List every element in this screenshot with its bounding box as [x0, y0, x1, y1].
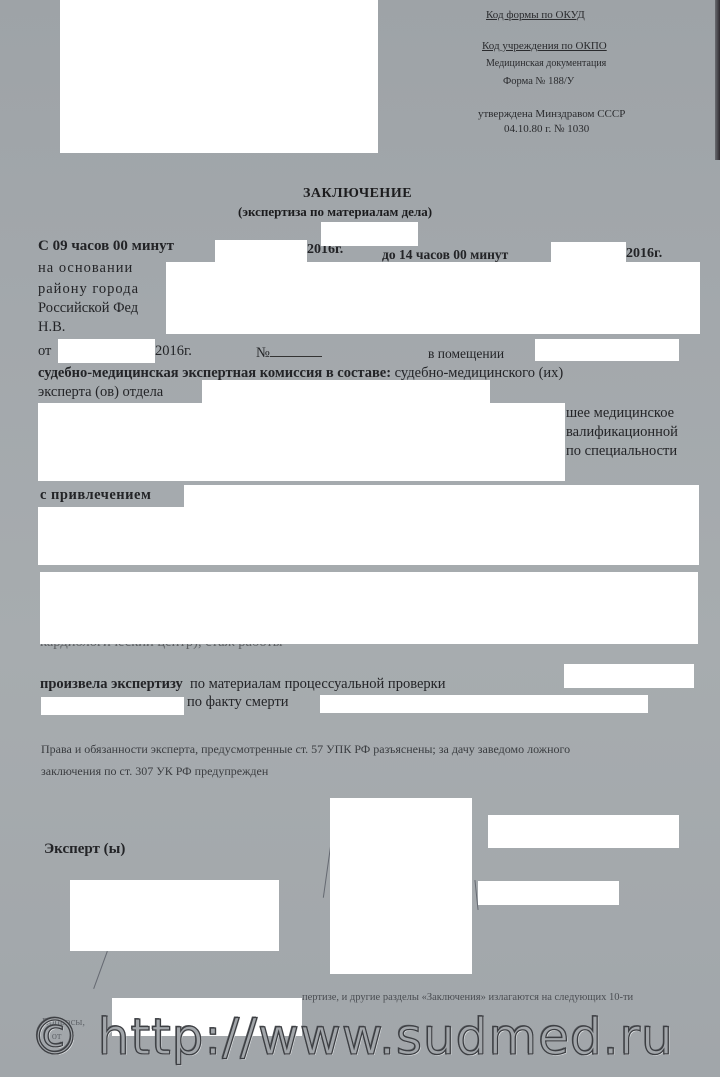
commission-bold: судебно-медицинская экспертная комиссия …: [38, 365, 391, 381]
expert-department: эксперта (ов) отдела: [38, 385, 163, 400]
redaction-block: [40, 572, 698, 644]
number-field: №: [256, 344, 322, 361]
federation-prefix: Российской Фед: [38, 301, 138, 316]
performed-rest: по материалам процессуальной проверки: [190, 676, 445, 692]
redaction-block: [38, 403, 565, 481]
redaction-block: [551, 242, 626, 262]
number-label: №: [256, 345, 270, 361]
okpo-code-label: Код учреждения по ОКПО: [482, 41, 607, 52]
redaction-block: [564, 664, 694, 688]
redaction-block: [215, 240, 307, 264]
approved-by: утверждена Минздравом СССР: [478, 109, 625, 120]
redaction-block: [70, 880, 279, 951]
copyright-watermark: © http://www.sudmed.ru: [30, 1012, 674, 1062]
year-to: 2016г.: [626, 247, 662, 261]
document-subtitle: (экспертиза по материалам дела): [238, 205, 432, 218]
redaction-block: [478, 881, 619, 905]
premises-label: в помещении: [428, 347, 504, 361]
form-number: Форма № 188/У: [503, 77, 574, 88]
commission-line: судебно-медицинская экспертная комиссия …: [38, 366, 563, 381]
from-year: 2016г.: [155, 344, 192, 359]
district-prefix: району города: [38, 282, 139, 297]
performed-bold: произвела экспертизу: [40, 676, 183, 692]
number-blank-line: [270, 344, 322, 357]
redaction-block: [41, 697, 184, 715]
qualification-fragment: валификационной: [566, 425, 678, 440]
redaction-block: [38, 507, 699, 565]
education-fragment: шее медицинское: [566, 406, 674, 421]
commission-rest: судебно-медицинского (их): [395, 365, 564, 381]
okud-code-label: Код формы по ОКУД: [486, 10, 585, 21]
page-edge-shadow: [715, 0, 720, 160]
initials: Н.В.: [38, 320, 65, 335]
signature-mark: [93, 951, 108, 989]
time-from: С 09 часов 00 минут: [38, 239, 174, 254]
involving-label: с привлечением: [40, 488, 151, 503]
approved-date: 04.10.80 г. № 1030: [504, 124, 589, 135]
redaction-block: [166, 262, 700, 334]
redaction-block: [320, 695, 648, 713]
redaction-block: [488, 815, 679, 848]
from-prefix: от: [38, 344, 51, 359]
redaction-block: [202, 380, 490, 403]
redaction-block: [58, 339, 155, 363]
footer-fragment: пертизе, и другие разделы «Заключения» и…: [302, 993, 633, 1004]
basis-prefix: на основании: [38, 261, 133, 276]
time-to: до 14 часов 00 минут: [382, 248, 508, 262]
redaction-block: [535, 339, 679, 361]
performed-line: произвела экспертизу по материалам проце…: [40, 677, 445, 692]
redaction-block: [60, 0, 378, 153]
specialty-fragment: по специальности: [566, 444, 677, 459]
experts-label: Эксперт (ы): [44, 842, 125, 857]
rights-line-1: Права и обязанности эксперта, предусмотр…: [41, 743, 570, 755]
document-title: ЗАКЛЮЧЕНИЕ: [303, 187, 412, 201]
document-type: Медицинская документация: [486, 59, 606, 69]
death-fact-label: по факту смерти: [187, 695, 289, 710]
redaction-block: [330, 798, 472, 974]
redaction-block: [321, 222, 418, 246]
rights-line-2: заключения по ст. 307 УК РФ предупрежден: [41, 765, 268, 777]
